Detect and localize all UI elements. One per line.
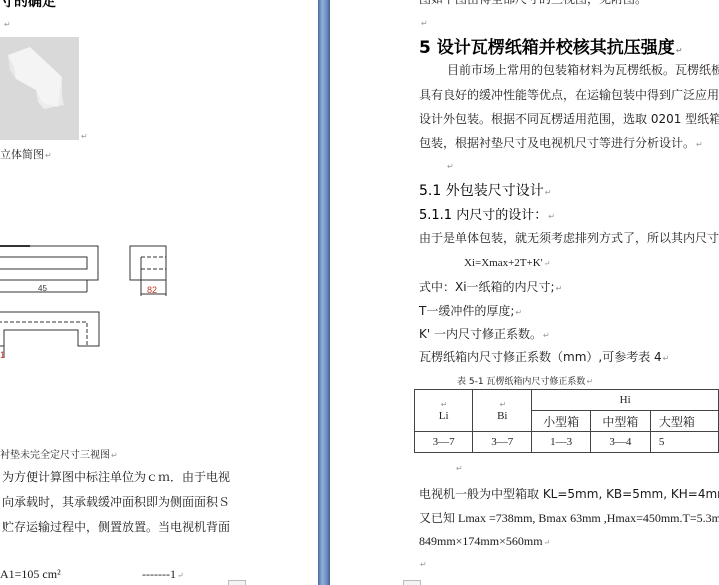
dim-82: 82: [147, 285, 157, 295]
page-corner-marker: [403, 580, 421, 585]
intro-line-3: 设计外包装。根据不同瓦楞适用范围，选取 0201 型纸箱，: [419, 111, 719, 127]
def-t: T一缓冲件的厚度;↵: [419, 303, 522, 321]
paragraph-mark: ↵: [447, 162, 454, 171]
result-line-3: 849mm×174mm×560mm↵: [419, 533, 550, 551]
dim-45: 45: [38, 284, 47, 293]
3d-model-image[interactable]: [0, 37, 79, 140]
header-medium-box: 中型箱: [590, 411, 650, 432]
paragraph-mark: ↵: [420, 560, 427, 569]
subsection-title: 5.1 外包装尺寸设计↵: [419, 180, 551, 200]
paragraph-mark: ↵: [456, 464, 463, 473]
cell-small: 1—3: [532, 432, 590, 453]
figure2-caption: 衬垫未完全定尺寸三视图↵: [0, 446, 118, 461]
dim-1: 1: [0, 350, 5, 360]
figure1-caption: 立体简图↵: [0, 147, 52, 164]
def-k: K' 一内尺寸修正系数。↵: [419, 326, 550, 344]
cell-li: 3—7: [415, 432, 473, 453]
page-gutter: [318, 0, 330, 585]
paragraph-mark: ↵: [81, 132, 88, 141]
header-hi: Hi: [532, 390, 719, 411]
formula-a1: A1=105 cm²: [0, 566, 61, 582]
left-heading-fragment: 寸的确定: [0, 0, 56, 11]
paragraph-mark: ↵: [421, 19, 428, 28]
cell-large: 5: [650, 432, 718, 453]
formula-xi: Xi=Xmax+2T+K'↵: [464, 255, 550, 272]
def-xi: 式中：Xi一纸箱的内尺寸;↵: [419, 279, 562, 297]
single-package-paragraph: 由于是单体包装，就无须考虑排列方式了，所以其内尺寸计: [419, 230, 719, 246]
cell-bi: 3—7: [473, 432, 532, 453]
paragraph-line-1: 为方便计算图中标注单位为ｃｍ．由于电视: [2, 469, 230, 485]
intro-line-2: 具有良好的缓冲性能等优点，在运输包装中得到广泛应用，: [419, 87, 719, 103]
correction-ref: 瓦楞纸箱内尺寸修正系数（mm）,可参考表 4↵: [419, 349, 669, 367]
paragraph-line-2: 向承载时，其承载缓冲面积即为侧面面积Ｓ: [2, 494, 230, 510]
header-large-box: 大型箱: [650, 411, 718, 432]
intro-line-4: 包装，根据衬垫尺寸及电视机尺寸等进行分析设计。↵: [419, 135, 703, 153]
formula-number: -------1↵: [142, 566, 184, 584]
left-page: 寸的确定 ↵ ↵ 立体简图↵ 45 82 1: [0, 0, 318, 585]
header-li: ↵Li: [415, 390, 473, 432]
header-small-box: 小型箱: [532, 411, 590, 432]
top-text-fragment: 图如下图由得全部尺寸的三视图，见附图。: [419, 0, 647, 7]
section-title: 5 设计瓦楞纸箱并校核其抗压强度↵: [419, 33, 682, 58]
cell-medium: 3—4: [590, 432, 650, 453]
paragraph-line-3: 贮存运输过程中，侧置放置。当电视机背面: [2, 519, 230, 535]
paragraph-mark: ↵: [4, 20, 11, 29]
result-line-2: 又已知 Lmax =738mm, Bmax 63mm ,Hmax=450mm.T…: [419, 510, 719, 526]
foam-pad-3d-icon: [0, 37, 79, 140]
table-caption: 表 5-1 瓦楞纸箱内尺寸修正系数↵: [457, 374, 593, 387]
intro-line-1: 目前市场上常用的包装箱材料为瓦楞纸板。瓦楞纸板: [447, 62, 719, 78]
page-corner-marker: [228, 580, 246, 585]
result-line-1: 电视机一般为中型箱取 KL=5mm, KB=5mm, KH=4mm,↵: [419, 486, 719, 504]
correction-table: ↵Li ↵Bi Hi 小型箱 中型箱 大型箱 3—7 3—7 1—3 3—4 5: [414, 389, 719, 453]
three-view-drawing: 45 82 1: [0, 240, 200, 365]
header-bi: ↵Bi: [473, 390, 532, 432]
subsubsection-title: 5.1.1 内尺寸的设计：↵: [419, 204, 555, 223]
